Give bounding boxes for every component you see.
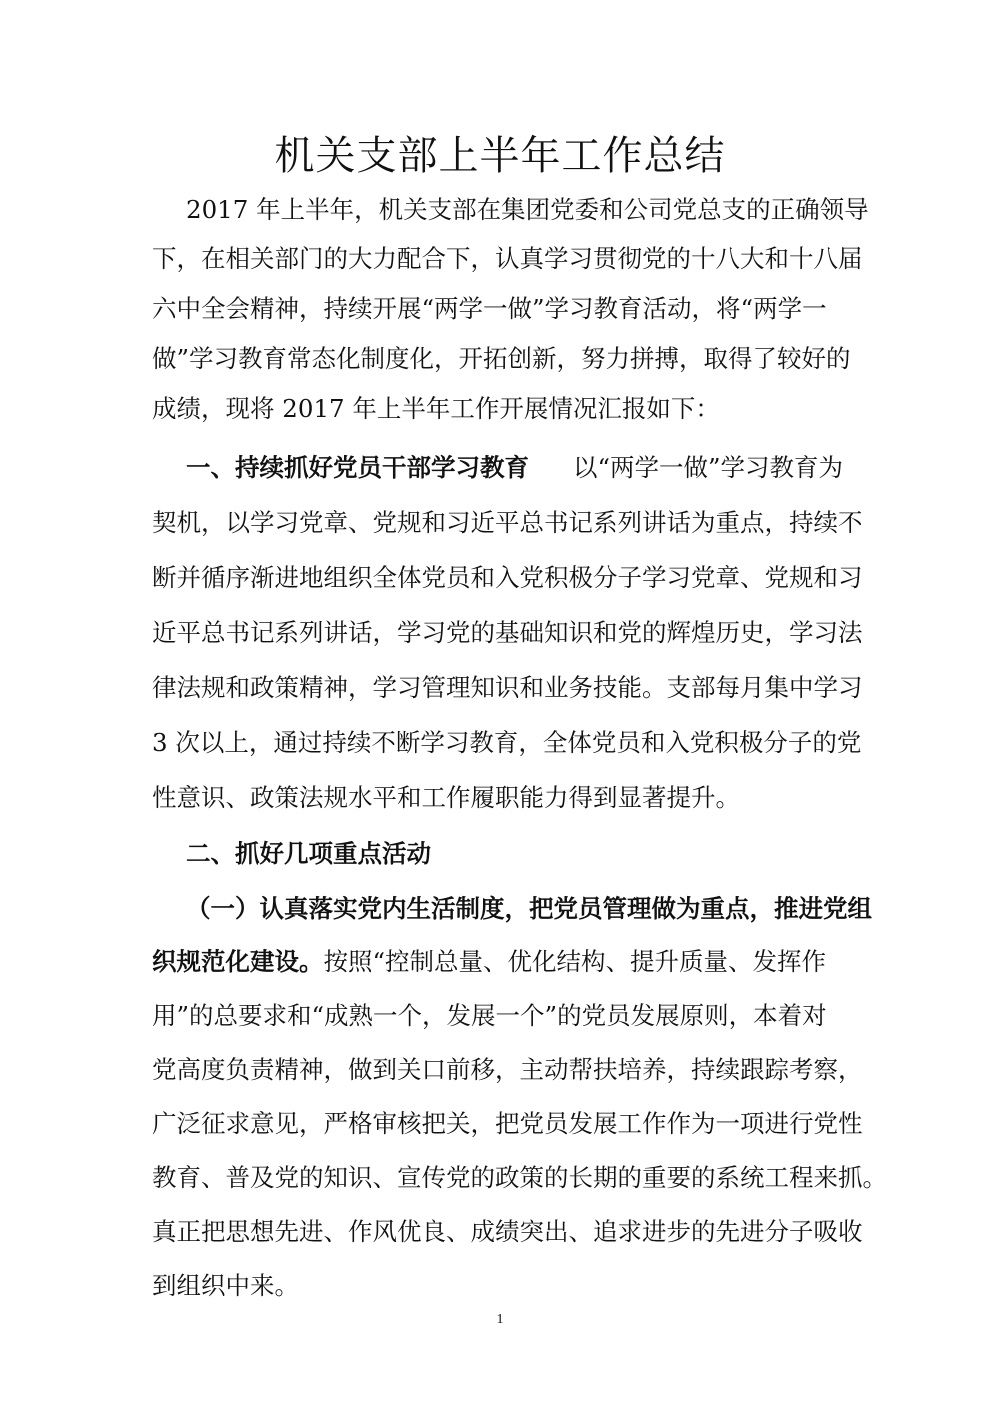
sub1-line: 用”的总要求和“成熟一个，发展一个”的党员发展原则，本着对 — [152, 1000, 827, 1032]
page-number: 1 — [0, 1312, 1000, 1328]
section1-line: 近平总书记系列讲话，学习党的基础知识和党的辉煌历史，学习法 — [152, 617, 863, 649]
section1-line: 性意识、政策法规水平和工作履职能力得到显著提升。 — [152, 782, 740, 814]
section1-text: 以“两学一做”学习教育为 — [573, 453, 843, 482]
section1-line: 契机，以学习党章、党规和习近平总书记系列讲话为重点，持续不 — [152, 507, 863, 539]
sub1-line: 真正把思想先进、作风优良、成绩突出、追求进步的先进分子吸收 — [152, 1216, 863, 1248]
intro-line: 做”学习教育常态化制度化，开拓创新，努力拼搏，取得了较好的 — [152, 343, 851, 375]
section1-line: 3 次以上，通过持续不断学习教育，全体党员和入党积极分子的党 — [152, 727, 861, 759]
sub1-line: 广泛征求意见，严格审核把关，把党员发展工作作为一项进行党性 — [152, 1108, 863, 1140]
section1-line: 断并循序渐进地组织全体党员和入党积极分子学习党章、党规和习 — [152, 562, 863, 594]
section1-heading: 一、持续抓好党员干部学习教育 — [186, 453, 529, 482]
sub1-heading: （一）认真落实党内生活制度，把党员管理做为重点，推进党组 — [186, 893, 872, 925]
document-title: 机关支部上半年工作总结 — [0, 128, 1000, 184]
intro-line: 成绩，现将 2017 年上半年工作开展情况汇报如下： — [152, 393, 720, 425]
intro-line: 2017 年上半年，机关支部在集团党委和公司党总支的正确领导 — [186, 194, 869, 226]
document-page: 机关支部上半年工作总结 2017 年上半年，机关支部在集团党委和公司党总支的正确… — [0, 0, 1000, 1415]
intro-line: 下，在相关部门的大力配合下，认真学习贯彻党的十八大和十八届 — [152, 243, 863, 275]
sub1-line: 到组织中来。 — [152, 1270, 299, 1302]
sub1-line: 教育、普及党的知识、宣传党的政策的长期的重要的系统工程来抓。 — [152, 1162, 887, 1194]
sub1-line: 织规范化建设。按照“控制总量、优化结构、提升质量、发挥作 — [152, 946, 826, 978]
sub1-text: 按照“控制总量、优化结构、提升质量、发挥作 — [324, 947, 827, 976]
section1-first-line: 一、持续抓好党员干部学习教育以“两学一做”学习教育为 — [186, 452, 843, 484]
sub1-heading-end: 织规范化建设。 — [152, 947, 324, 976]
sub1-line: 党高度负责精神，做到关口前移，主动帮扶培养，持续跟踪考察， — [152, 1054, 863, 1086]
section1-line: 律法规和政策精神，学习管理知识和业务技能。支部每月集中学习 — [152, 672, 863, 704]
intro-line: 六中全会精神，持续开展“两学一做”学习教育活动，将“两学一 — [152, 293, 827, 325]
section2-heading: 二、抓好几项重点活动 — [186, 838, 431, 870]
